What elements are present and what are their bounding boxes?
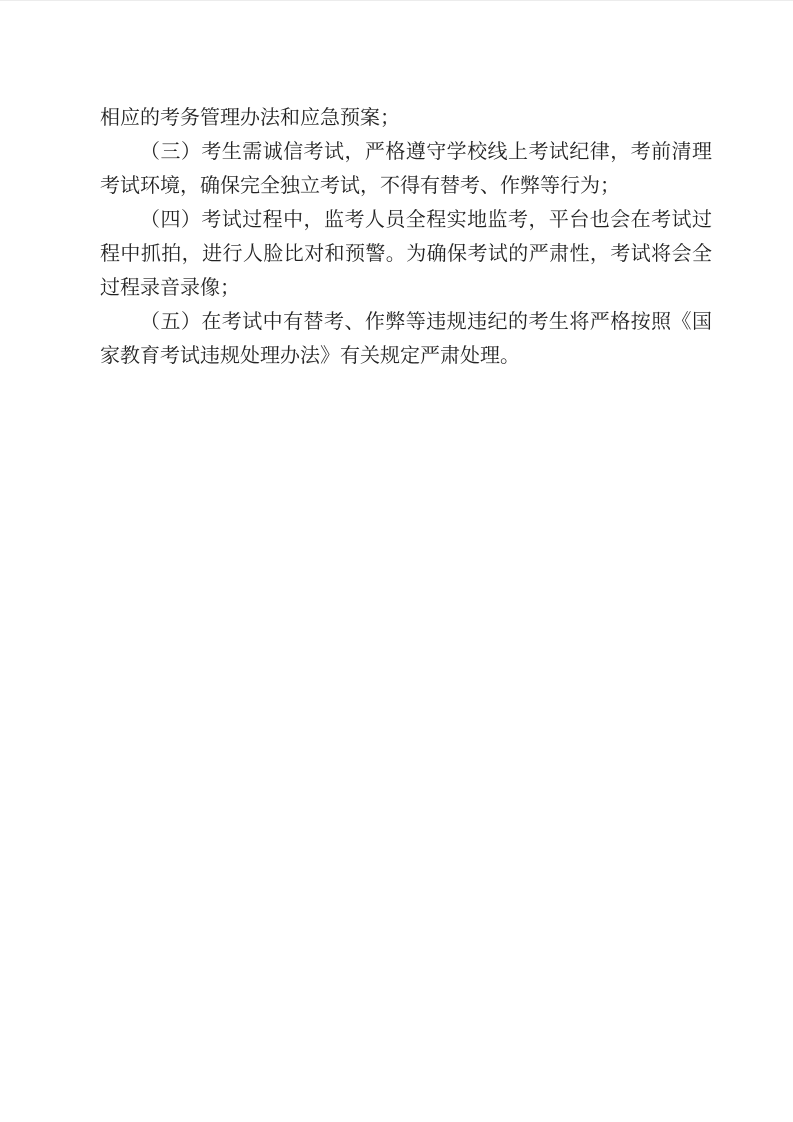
document-text-block: 相应的考务管理办法和应急预案；（三）考生需诚信考试，严格遵守学校线上考试纪律，考… [100, 101, 712, 373]
paragraph: （四）考试过程中，监考人员全程实地监考，平台也会在考试过程中抓拍，进行人脸比对和… [100, 203, 712, 305]
paragraph: 相应的考务管理办法和应急预案； [100, 101, 712, 135]
document-page: 相应的考务管理办法和应急预案；（三）考生需诚信考试，严格遵守学校线上考试纪律，考… [0, 0, 793, 1122]
paragraph: （五）在考试中有替考、作弊等违规违纪的考生将严格按照《国家教育考试违规处理办法》… [100, 305, 712, 373]
paragraph: （三）考生需诚信考试，严格遵守学校线上考试纪律，考前清理考试环境，确保完全独立考… [100, 135, 712, 203]
